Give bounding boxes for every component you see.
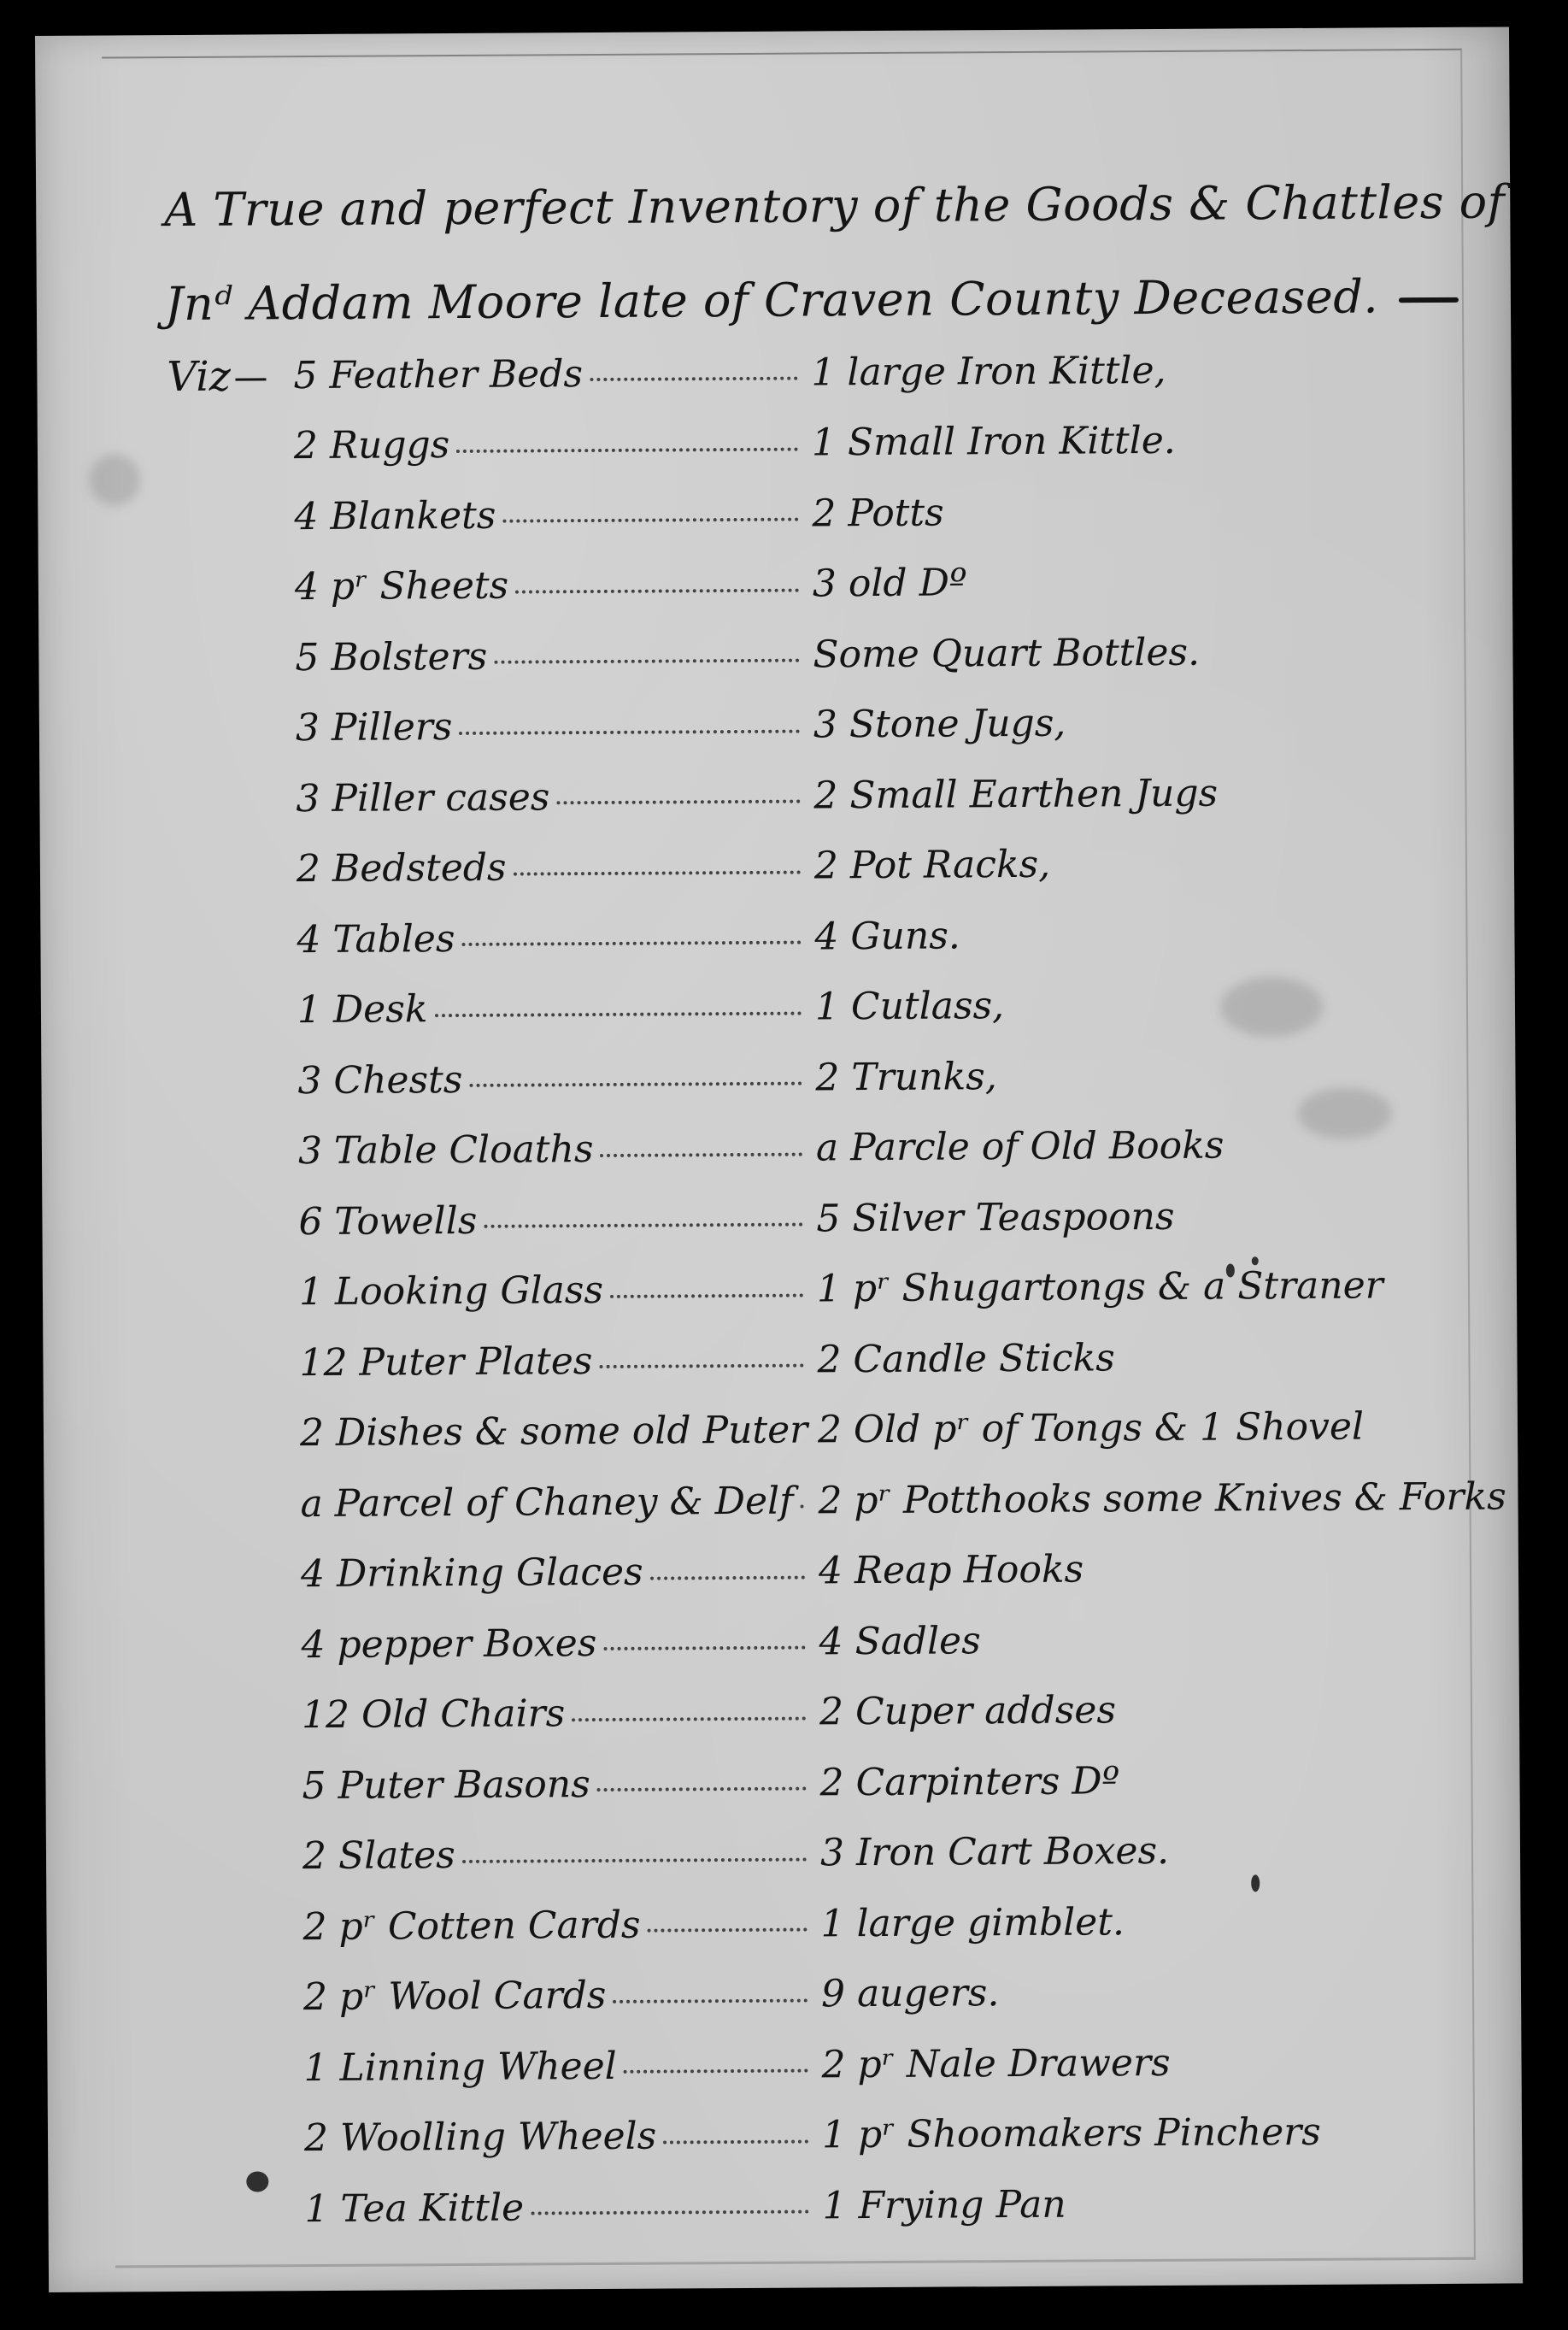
- inventory-row: 5 Bolsters Some Quart Bottles.: [295, 615, 1508, 692]
- right-item: 4 Sadles: [813, 1615, 1514, 1663]
- dotted-leader: [663, 2139, 808, 2144]
- inventory-row: 3 Chests 2 Trunks,: [297, 1038, 1511, 1115]
- left-item-text: a Parcel of Chaney & Delf: [300, 1479, 793, 1526]
- left-item: 2 Slates: [302, 1832, 815, 1879]
- right-item: a Parcle of Old Books: [811, 1122, 1512, 1170]
- left-item: 1 Linning Wheel: [303, 2043, 816, 2090]
- dotted-leader: [599, 1364, 803, 1368]
- ink-smudge: [89, 454, 140, 505]
- inventory-row: 2 Ruggs 1 Small Iron Kittle.: [294, 403, 1507, 481]
- inventory-row: 2 Dishes & some old Puter 2 Old pʳ of To…: [300, 1391, 1513, 1468]
- left-item-text: 4 Tables: [297, 917, 455, 962]
- dotted-leader: [603, 1646, 805, 1650]
- right-item: 9 augers.: [816, 1968, 1517, 2016]
- left-item: 1 Looking Glass: [299, 1268, 812, 1315]
- title-line-2-text: Jnᵈ Addam Moore late of Craven County De…: [165, 269, 1378, 331]
- dotted-leader: [556, 800, 800, 805]
- dotted-leader: [590, 377, 797, 381]
- right-item: Some Quart Bottles.: [807, 628, 1508, 676]
- inventory-row: 3 Pillers 3 Stone Jugs,: [296, 685, 1509, 763]
- right-item-text: 2 Pot Racks,: [814, 843, 1051, 888]
- inventory-row: 1 Tea Kittle 1 Frying Pan: [304, 2166, 1518, 2244]
- right-item: 2 pʳ Potthooks some Knives & Forks: [813, 1474, 1513, 1522]
- right-item-text: 1 Cutlass,: [815, 984, 1004, 1028]
- right-item-text: 3 Stone Jugs,: [813, 702, 1066, 747]
- right-item: 3 old Dº: [807, 558, 1508, 606]
- left-item-text: 4 pepper Boxes: [301, 1621, 596, 1667]
- right-item: 1 large gimblet.: [815, 1898, 1516, 1945]
- right-item-text: 2 Small Earthen Jugs: [813, 771, 1218, 817]
- right-item-text: Some Quart Bottles.: [813, 630, 1200, 676]
- left-item-text: 1 Looking Glass: [299, 1268, 603, 1314]
- left-item-text: 2 Bedsteds: [297, 846, 507, 891]
- dotted-leader: [572, 1716, 806, 1721]
- left-item: 2 Bedsteds: [297, 844, 809, 891]
- left-item-text: 5 Puter Basons: [302, 1762, 590, 1808]
- dotted-leader: [600, 1152, 802, 1156]
- right-item-text: 1 Small Iron Kittle.: [812, 419, 1176, 465]
- right-item-text: a Parcle of Old Books: [816, 1124, 1224, 1170]
- inventory-row: 4 Tables 4 Guns.: [297, 897, 1510, 974]
- left-item: 4 Tables: [297, 915, 809, 962]
- right-item-text: 1 Frying Pan: [822, 2182, 1066, 2227]
- right-item: 1 Cutlass,: [810, 981, 1511, 1029]
- viz-text: Viz: [167, 353, 231, 401]
- right-item-text: 2 pʳ Potthooks some Knives & Forks: [818, 1474, 1506, 1522]
- left-item-text: 6 Towells: [298, 1199, 477, 1244]
- right-item-text: 2 Old pʳ of Tongs & 1 Shovel: [818, 1405, 1364, 1452]
- inventory-row: 4 pepper Boxes 4 Sadles: [301, 1602, 1514, 1680]
- inventory-row: 3 Table Cloaths a Parcle of Old Books: [298, 1109, 1512, 1186]
- right-item-text: 2 Cuper addses: [819, 1689, 1116, 1734]
- right-item: 1 pʳ Shugartongs & a Straner: [812, 1263, 1512, 1311]
- left-item: 5 Feather Beds: [293, 350, 806, 397]
- left-item: 5 Bolsters: [295, 633, 807, 680]
- inventory-row: 4 Blankets 2 Potts: [294, 474, 1507, 551]
- dotted-leader: [613, 1998, 807, 2003]
- right-item-text: 1 large gimblet.: [820, 1900, 1125, 1945]
- dotted-leader: [502, 518, 798, 523]
- left-item: 2 pʳ Wool Cards: [303, 1973, 816, 2020]
- left-item-text: 1 Linning Wheel: [303, 2045, 617, 2090]
- inventory-row: 12 Puter Plates 2 Candle Sticks: [299, 1320, 1512, 1397]
- left-item: 3 Chests: [297, 1056, 810, 1103]
- right-item-text: 5 Silver Teaspoons: [816, 1195, 1174, 1241]
- right-item: 2 Potts: [807, 487, 1507, 535]
- left-item: 2 Woolling Wheels: [304, 2114, 817, 2161]
- left-item: a Parcel of Chaney & Delf: [300, 1479, 813, 1526]
- inventory-list: 5 Feather Beds 1 large Iron Kittle, 2 Ru…: [293, 332, 1518, 2244]
- left-item: 4 pepper Boxes: [301, 1620, 813, 1667]
- inventory-row: 1 Desk 1 Cutlass,: [297, 968, 1511, 1045]
- dotted-leader: [531, 2210, 808, 2215]
- inventory-row: 3 Piller cases 2 Small Earthen Jugs: [296, 756, 1509, 833]
- right-item-text: 1 pʳ Shoomakers Pinchers: [822, 2110, 1321, 2157]
- left-item: 3 Table Cloaths: [298, 1127, 811, 1174]
- left-item-text: 2 Dishes & some old Puter: [300, 1409, 808, 1456]
- left-item: 6 Towells: [298, 1197, 811, 1244]
- inventory-row: 1 Looking Glass 1 pʳ Shugartongs & a Str…: [299, 1250, 1512, 1327]
- viz-dash: [236, 378, 267, 380]
- title-line-1: A True and perfect Inventory of the Good…: [164, 156, 1447, 257]
- left-item-text: 4 pʳ Sheets: [295, 564, 509, 609]
- left-item-text: 2 Slates: [302, 1833, 455, 1878]
- left-item: 12 Old Chairs: [302, 1691, 814, 1738]
- left-item-text: 2 pʳ Wool Cards: [303, 1974, 607, 2019]
- dotted-leader: [459, 729, 800, 734]
- viz-label: Viz: [167, 352, 267, 401]
- left-item: 2 Ruggs: [294, 421, 807, 468]
- inventory-row: 2 pʳ Cotten Cards 1 large gimblet.: [302, 1884, 1516, 1962]
- right-item-text: 2 Trunks,: [815, 1055, 997, 1099]
- right-item: 2 Old pʳ of Tongs & 1 Shovel: [813, 1404, 1513, 1452]
- left-item-text: 1 Desk: [297, 987, 428, 1032]
- right-item: 2 Trunks,: [810, 1051, 1511, 1099]
- right-item-text: 2 Candle Sticks: [817, 1336, 1115, 1381]
- left-item-text: 3 Chests: [297, 1058, 462, 1103]
- right-item: 2 pʳ Nale Drawers: [816, 2039, 1517, 2086]
- right-item: 2 Carpinters Dº: [814, 1756, 1515, 1804]
- left-item-text: 4 Drinking Glaces: [301, 1550, 643, 1596]
- right-item: 1 pʳ Shoomakers Pinchers: [817, 2109, 1518, 2157]
- left-item-text: 12 Puter Plates: [299, 1339, 592, 1385]
- left-item-text: 3 Table Cloaths: [298, 1127, 594, 1173]
- right-item: 2 Cuper addses: [814, 1686, 1515, 1734]
- right-item-text: 3 old Dº: [813, 562, 967, 606]
- dotted-leader: [800, 1505, 804, 1509]
- left-item-text: 12 Old Chairs: [302, 1692, 566, 1737]
- right-item: 2 Small Earthen Jugs: [808, 769, 1509, 817]
- dotted-leader: [597, 1787, 807, 1792]
- left-item: 1 Tea Kittle: [304, 2184, 817, 2231]
- inventory-row: 5 Feather Beds 1 large Iron Kittle,: [293, 332, 1506, 410]
- document-title: A True and perfect Inventory of the Good…: [164, 156, 1447, 351]
- right-item-text: 9 augers.: [821, 1971, 1000, 2015]
- left-item-text: 4 Blankets: [294, 493, 496, 538]
- left-item-text: 3 Pillers: [296, 705, 453, 750]
- left-item-text: 5 Bolsters: [295, 635, 487, 680]
- title-end-flourish: [1399, 297, 1459, 303]
- right-item-text: 3 Iron Cart Boxes.: [820, 1829, 1169, 1874]
- left-item-text: 1 Tea Kittle: [304, 2186, 524, 2231]
- right-item: 1 Frying Pan: [817, 2180, 1518, 2227]
- dotted-leader: [462, 941, 802, 946]
- right-item-text: 1 large Iron Kittle,: [811, 349, 1166, 395]
- left-item-text: 2 pʳ Cotten Cards: [302, 1903, 640, 1948]
- inventory-row: 2 pʳ Wool Cards 9 augers.: [303, 1955, 1517, 2033]
- dotted-leader: [610, 1293, 803, 1297]
- left-item-text: 5 Feather Beds: [293, 352, 583, 397]
- inventory-row: 6 Towells 5 Silver Teaspoons: [298, 1179, 1512, 1256]
- right-item-text: 4 Guns.: [814, 914, 960, 958]
- inventory-row: 12 Old Chairs 2 Cuper addses: [302, 1673, 1515, 1750]
- left-item: 5 Puter Basons: [302, 1761, 814, 1808]
- right-item: 3 Iron Cart Boxes.: [815, 1827, 1516, 1875]
- right-item: 1 large Iron Kittle,: [806, 346, 1506, 394]
- dotted-leader: [494, 659, 799, 664]
- inventory-row: 2 Bedsteds 2 Pot Racks,: [297, 827, 1510, 904]
- right-item: 4 Guns.: [809, 910, 1510, 958]
- left-item: 1 Desk: [297, 986, 810, 1033]
- right-item-text: 2 pʳ Nale Drawers: [821, 2041, 1170, 2086]
- left-item: 3 Piller cases: [296, 774, 808, 821]
- left-item-text: 3 Piller cases: [296, 775, 549, 821]
- right-item-text: 2 Potts: [812, 491, 944, 535]
- right-item: 2 Candle Sticks: [812, 1333, 1512, 1381]
- left-item-text: 2 Ruggs: [294, 423, 450, 468]
- left-item: 2 pʳ Cotten Cards: [302, 1902, 815, 1949]
- dotted-leader: [435, 1011, 802, 1017]
- dotted-leader: [456, 447, 798, 452]
- right-item-text: 4 Reap Hooks: [819, 1548, 1084, 1593]
- left-item: 4 pʳ Sheets: [295, 562, 807, 609]
- dotted-leader: [648, 1928, 807, 1933]
- inventory-row: 1 Linning Wheel 2 pʳ Nale Drawers: [303, 2025, 1517, 2103]
- right-item: 3 Stone Jugs,: [808, 699, 1509, 747]
- right-item: 2 Pot Racks,: [809, 840, 1510, 888]
- right-item-text: 1 pʳ Shugartongs & a Straner: [817, 1264, 1383, 1311]
- dotted-leader: [484, 1223, 802, 1228]
- right-item: 4 Reap Hooks: [813, 1545, 1514, 1593]
- right-item-text: 2 Carpinters Dº: [819, 1759, 1119, 1804]
- inventory-row: 2 Woolling Wheels 1 pʳ Shoomakers Pinche…: [304, 2096, 1518, 2174]
- right-item-text: 4 Sadles: [819, 1619, 981, 1663]
- left-item: 2 Dishes & some old Puter: [300, 1409, 813, 1456]
- left-item: 12 Puter Plates: [299, 1338, 812, 1385]
- left-item-text: 2 Woolling Wheels: [304, 2115, 657, 2161]
- dotted-leader: [469, 1082, 802, 1087]
- inventory-row: 4 pʳ Sheets 3 old Dº: [295, 544, 1508, 622]
- left-item: 4 Drinking Glaces: [301, 1550, 813, 1597]
- dotted-leader: [462, 1857, 807, 1862]
- dotted-leader: [650, 1575, 805, 1580]
- document-page: A True and perfect Inventory of the Good…: [35, 26, 1523, 2292]
- left-item: 3 Pillers: [296, 703, 808, 750]
- right-item: 1 Small Iron Kittle.: [807, 417, 1507, 465]
- inventory-row: 2 Slates 3 Iron Cart Boxes.: [302, 1814, 1516, 1892]
- right-item: 5 Silver Teaspoons: [811, 1192, 1512, 1240]
- dotted-leader: [515, 588, 799, 593]
- inventory-row: a Parcel of Chaney & Delf 2 pʳ Potthooks…: [300, 1461, 1513, 1539]
- inventory-row: 4 Drinking Glaces 4 Reap Hooks: [301, 1532, 1514, 1609]
- ink-blot: [246, 2171, 268, 2192]
- left-item: 4 Blankets: [294, 491, 807, 538]
- inventory-row: 5 Puter Basons 2 Carpinters Dº: [302, 1743, 1515, 1821]
- dotted-leader: [624, 2069, 808, 2074]
- dotted-leader: [514, 870, 801, 875]
